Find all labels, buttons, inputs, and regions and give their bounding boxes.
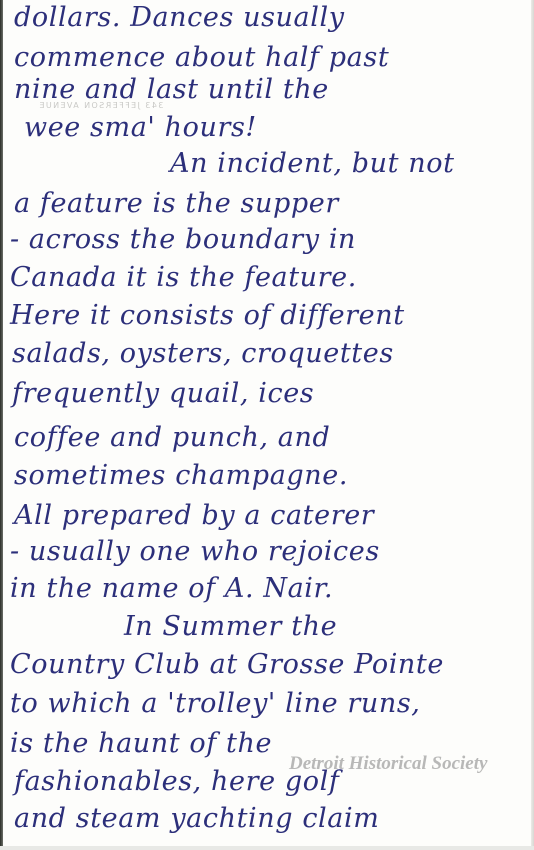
text-line: sometimes champagne. [14,462,348,489]
text-line: frequently quail, ices [12,380,314,407]
text-line: dollars. Dances usually [14,4,345,31]
text-line: Here it consists of different [10,302,405,329]
text-line: An incident, but not [170,150,455,177]
text-line: coffee and punch, and [14,424,330,451]
text-line: and steam yachting claim [14,805,379,832]
text-line: a feature is the supper [14,190,339,217]
text-line: commence about half past [14,44,389,71]
text-line: - usually one who rejoices [10,538,380,565]
text-line: is the haunt of the [10,730,272,757]
page-left-edge [0,0,3,850]
watermark: Detroit Historical Society [289,753,487,775]
text-line: - across the boundary in [10,226,356,253]
text-line: All prepared by a caterer [14,502,374,529]
text-line: wee sma' hours! [24,114,257,141]
text-line: Canada it is the feature. [10,264,357,291]
letter-page: 343 JEFFERSON AVENUE dollars. Dances usu… [0,0,534,850]
text-line: in the name of A. Nair. [10,575,333,602]
text-line: In Summer the [124,613,337,640]
page-bottom-edge [0,846,534,850]
text-line: nine and last until the [14,76,329,103]
text-line: salads, oysters, croquettes [12,340,394,367]
text-line: Country Club at Grosse Pointe [10,651,444,678]
text-line: to which a 'trolley' line runs, [10,690,420,717]
